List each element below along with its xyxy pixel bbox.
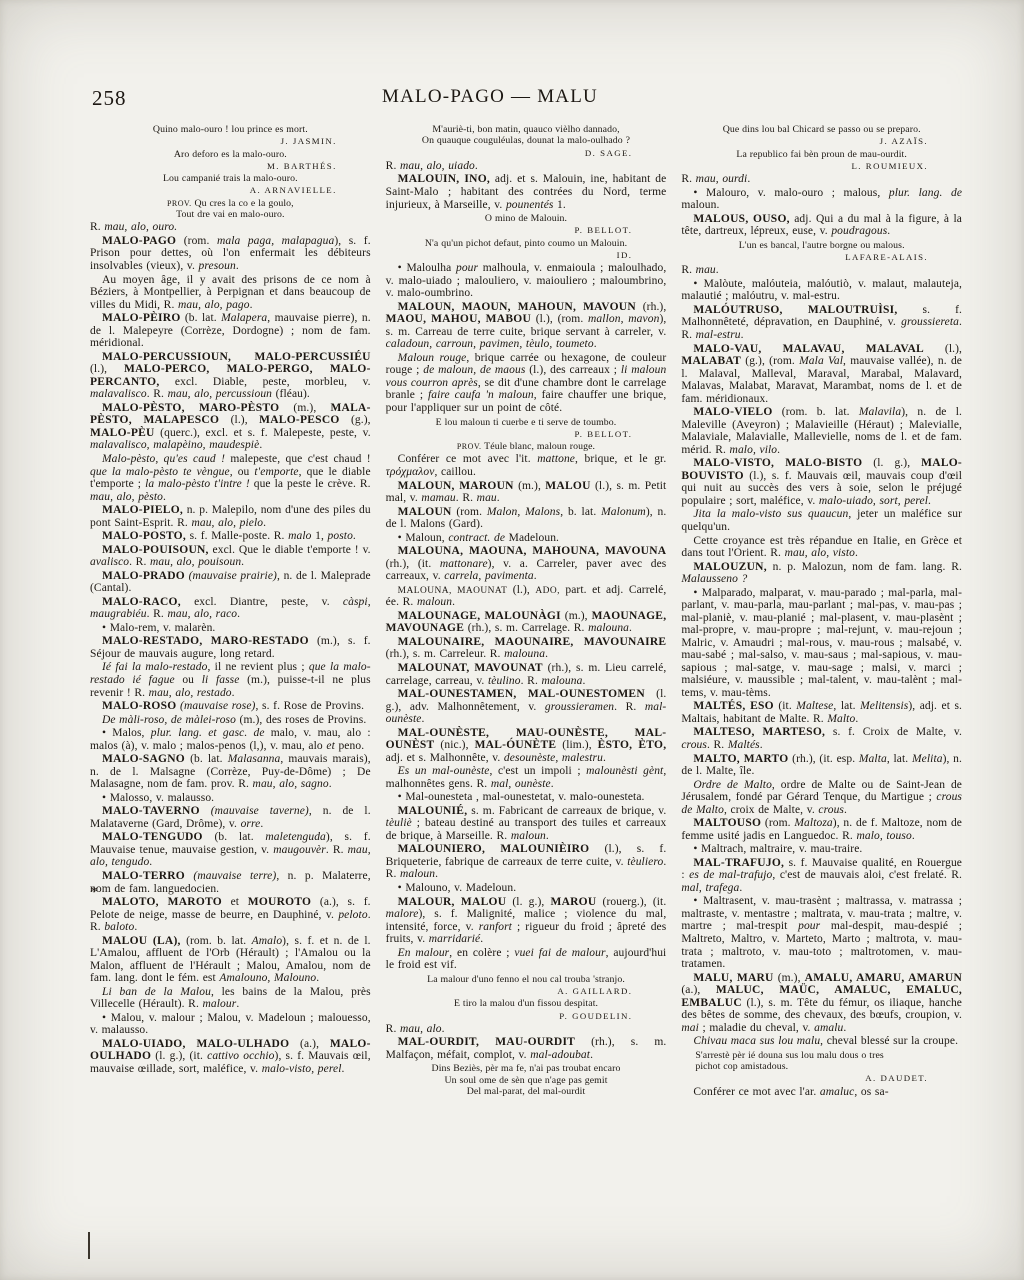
dictionary-entry: Jita la malo-visto sus quaucun, jeter un… [681, 508, 962, 533]
attribution: P. BELLOT. [386, 225, 667, 235]
attribution: A. ARNAVIELLE. [90, 185, 371, 195]
dictionary-entry: MALOU (LA), (rom. b. lat. Amalo), s. f. … [90, 935, 371, 985]
text-columns: Quino malo-ouro ! lou prince es mort.J. … [0, 118, 1024, 1099]
dictionary-entry: MALO-PAGO (rom. mala paga, malapagua), s… [90, 235, 371, 273]
dictionary-entry: MALTESO, MARTESO, s. f. Croix de Malte, … [681, 726, 962, 751]
dictionary-entry: MALO-PERCUSSIOUN, MALO-PERCUSSIÉU (l.), … [90, 351, 371, 401]
dictionary-entry: De màli-roso, de màlei-roso (m.), des ro… [90, 714, 371, 727]
verse-quote: La republico fai bèn proun de mau-ourdit… [681, 149, 962, 172]
dictionary-entry: MALOUN, MAOUN, MAHOUN, MAVOUN (rh.), MAO… [386, 301, 667, 351]
paragraph: R. mau. [681, 264, 962, 277]
dictionary-entry: Ié fai la malo-restado, il ne revient pl… [90, 661, 371, 699]
verse-quote: E lou maloun ti cuerbe e ti serve de tou… [386, 417, 667, 440]
dictionary-entry: MALO-RESTADO, MARO-RESTADO (m.), s. f. S… [90, 635, 371, 660]
dictionary-entry: MALO-RACO, excl. Diantre, peste, v. càsp… [90, 596, 371, 621]
dictionary-entry: MALÓUTRUSO, MALOUTRUÌSI, s. f. Malhonnêt… [681, 304, 962, 342]
dictionary-entry: MALOUR, MALOU (l. g.), MAROU (rouerg.), … [386, 896, 667, 946]
verse-line: PROV. Téule blanc, maloun rouge. [386, 441, 667, 452]
dictionary-entry: • Malparado, malparat, v. mau-parado ; m… [681, 587, 962, 700]
verse-line: Quino malo-ouro ! lou prince es mort. [90, 124, 371, 135]
attribution: ID. [386, 250, 667, 260]
verse-line: On quauque couguléulas, dounat la malo-o… [386, 135, 667, 146]
dictionary-entry: MALO-TAVERNO (mauvaise taverne), n. de l… [90, 805, 371, 830]
dictionary-entry: MALU, MARU (m.), AMALU, AMARU, AMARUN (a… [681, 972, 962, 1035]
verse-quote: S'arrestè pèr ié douna sus lou malu dous… [681, 1050, 962, 1084]
dictionary-entry: MALO-ROSO (mauvaise rose), s. f. Rose de… [90, 700, 371, 713]
dictionary-entry: MAL-OUNESTAMEN, MAL-OUNESTOMEN (l. g.), … [386, 688, 667, 726]
verse-line: N'a qu'un pichot defaut, pinto coumo un … [386, 238, 667, 249]
attribution: A. GAILLARD. [386, 986, 667, 996]
dictionary-entry: Conférer ce mot avec l'ar. amaluc, os sa… [681, 1086, 962, 1099]
dictionary-entry: MALOUS, OUSO, adj. Qui a du mal à la fig… [681, 213, 962, 238]
dictionary-entry: Maloun rouge, brique carrée ou hexagone,… [386, 352, 667, 415]
dictionary-entry: MALO-PÈSTO, MARO-PÈSTO (m.), MALA-PÈSTO,… [90, 402, 371, 452]
verse-quote: E tiro la malou d'un fissou despitat.P. … [386, 998, 667, 1021]
dictionary-entry: Es un mal-ounèste, c'est un impoli ; mal… [386, 765, 667, 790]
dictionary-entry: • Mal-ounesteta , mal-ounestetat, v. mal… [386, 791, 667, 804]
verse-line: PROV. Qu cres la co e la goulo, [90, 198, 371, 209]
column-left: Quino malo-ouro ! lou prince es mort.J. … [90, 122, 371, 1076]
verse-line: pichot cop amistadous. [695, 1061, 962, 1072]
verse-line: Aro deforo es la malo-ouro. [90, 149, 371, 160]
dictionary-entry: MALOUNA, MAOUNA, MAHOUNA, MAVOUNA (rh.),… [386, 545, 667, 583]
dictionary-entry: • Malouro, v. malo-ouro ; malous, plur. … [681, 187, 962, 212]
dictionary-entry: MALOUNAIRE, MAOUNAIRE, MAVOUNAIRE (rh.),… [386, 636, 667, 661]
verse-quote: La malour d'uno fenno el nou cal trouba … [386, 974, 667, 997]
dictionary-entry: MALO-VISTO, MALO-BISTO (l. g.), MALO-BOU… [681, 457, 962, 507]
dictionary-entry: MALO-SAGNO (b. lat. Malasanna, mauvais m… [90, 753, 371, 791]
dictionary-entry: Ordre de Malto, ordre de Malte ou de Sai… [681, 779, 962, 817]
dictionary-entry: • Maltrasent, v. mau-trasènt ; maltrassa… [681, 895, 962, 970]
verse-quote: Aro deforo es la malo-ouro.M. BARTHÉS. [90, 149, 371, 172]
dictionary-entry: MALOUNAT, MAVOUNAT (rh.), s. m. Lieu car… [386, 662, 667, 687]
verse-quote: PROV. Qu cres la co e la goulo,Tout dre … [90, 198, 371, 221]
verse-line: Lou campanié trais la malo-ouro. [90, 173, 371, 184]
verse-line: La republico fai bèn proun de mau-ourdit… [681, 149, 962, 160]
dictionary-entry: Li ban de la Malou, les bains de la Malo… [90, 986, 371, 1011]
dictionary-entry: MALOUZUN, n. p. Malozun, nom de fam. lan… [681, 561, 962, 586]
verse-quote: Que dins lou bal Chicard se passo ou se … [681, 124, 962, 147]
dictionary-entry: MAL-TRAFUJO, s. f. Mauvaise qualité, en … [681, 857, 962, 895]
dictionary-entry: Cette croyance est très répandue en Ital… [681, 535, 962, 560]
attribution: P. BELLOT. [386, 429, 667, 439]
verse-quote: Quino malo-ouro ! lou prince es mort.J. … [90, 124, 371, 147]
dictionary-entry: En malour, en colère ; vuei fai de malou… [386, 947, 667, 972]
scanned-dictionary-page-body: { "page": { "number": "258", "running_he… [0, 0, 1024, 1280]
verse-line: M'auriè-ti, bon matin, quauco vièlho dan… [386, 124, 667, 135]
verse-line: Que dins lou bal Chicard se passo ou se … [681, 124, 962, 135]
verse-quote: Lou campanié trais la malo-ouro.A. ARNAV… [90, 173, 371, 196]
dictionary-entry: MALO-POUISOUN, excl. Que le diable t'emp… [90, 544, 371, 569]
attribution: D. SAGE. [386, 148, 667, 158]
dictionary-entry: • Maloulha pour malhoula, v. enmaioula ;… [386, 262, 667, 300]
dictionary-entry: • Malouno, v. Madeloun. [386, 882, 667, 895]
dictionary-entry: MALOUN (rom. Malon, Malons, b. lat. Malo… [386, 506, 667, 531]
dictionary-entry: MALOUNIERO, MALOUNIÈIRO (l.), s. f. Briq… [386, 843, 667, 881]
dictionary-entry: MALOUNIÉ, s. m. Fabricant de carreaux de… [386, 805, 667, 843]
dictionary-entry: MALO-TENGUDO (b. lat. maletenguda), s. f… [90, 831, 371, 869]
dictionary-entry: • Malo-rem, v. malarèn. [90, 622, 371, 635]
verse-quote: N'a qu'un pichot defaut, pinto coumo un … [386, 238, 667, 261]
verse-line: S'arrestè pèr ié douna sus lou malu dous… [695, 1050, 962, 1061]
column-right: Que dins lou bal Chicard se passo ou se … [681, 122, 962, 1099]
dictionary-entry: MALO-VIELO (rom. b. lat. Malavila), n. d… [681, 406, 962, 456]
verse-line: O mino de Malouin. [386, 213, 667, 224]
dictionary-entry: • Malos, plur. lang. et gasc. de malo, v… [90, 727, 371, 752]
paragraph: R. mau, ourdi. [681, 173, 962, 186]
dictionary-entry: MALO-POSTO, s. f. Malle-poste. R. malo 1… [90, 530, 371, 543]
verse-line: L'un es bancal, l'autre borgne ou malous… [681, 240, 962, 251]
dictionary-entry: MALTO, MARTO (rh.), (it. esp. Malta, lat… [681, 753, 962, 778]
dictionary-entry: • Maltrach, maltraire, v. mau-traire. [681, 843, 962, 856]
attribution: J. JASMIN. [90, 136, 371, 146]
attribution: A. DAUDET. [695, 1073, 962, 1083]
dictionary-entry: MALO-PÈIRO (b. lat. Malapera, mauvaise p… [90, 312, 371, 350]
dictionary-entry: • Malòute, malóuteia, malóutiò, v. malau… [681, 278, 962, 303]
attribution: L. ROUMIEUX. [681, 161, 962, 171]
dictionary-entry: MALO-PRADO (mauvaise prairie), n. de l. … [90, 570, 371, 595]
dictionary-entry: • Maloun, contract. de Madeloun. [386, 532, 667, 545]
verse-line: Del mal-parat, del mal-ourdit [386, 1086, 667, 1097]
verse-quote: M'auriè-ti, bon matin, quauco vièlho dan… [386, 124, 667, 158]
paragraph: R. mau, alo. [386, 1023, 667, 1036]
dictionary-entry: MALOUIN, INO, adj. et s. Malouin, ine, h… [386, 173, 667, 211]
verse-quote: Dins Beziès, pèr ma fe, n'ai pas troubat… [386, 1063, 667, 1097]
page-header: 258 MALO-PAGO — MALU [0, 0, 1024, 118]
dictionary-entry: • Malosso, v. malausso. [90, 792, 371, 805]
dictionary-entry: Au moyen âge, il y avait des prisons de … [90, 274, 371, 312]
dictionary-entry: MALOTO, MAROTO et MOUROTO (a.), s. f. Pe… [90, 896, 371, 934]
dictionary-entry: • Malou, v. malour ; Malou, v. Madeloun … [90, 1012, 371, 1037]
verse-line: Dins Beziès, pèr ma fe, n'ai pas troubat… [386, 1063, 667, 1074]
verse-line: Un soul ome de sèn que n'age pas gemit [386, 1075, 667, 1086]
scan-artifact-mark [88, 1232, 90, 1259]
verse-line: E tiro la malou d'un fissou despitat. [386, 998, 667, 1009]
dictionary-entry: MALOUN, MAROUN (m.), MALOU (l.), s. m. P… [386, 480, 667, 505]
verse-line: Tout dre vai en malo-ouro. [90, 209, 371, 220]
paragraph: R. mau, alo, ouro. [90, 221, 371, 234]
verse-quote: PROV. Téule blanc, maloun rouge. [386, 441, 667, 452]
dictionary-entry: MALTOUSO (rom. Maltoza), n. de f. Maltoz… [681, 817, 962, 842]
paragraph: R. mau, alo, uiado. [386, 160, 667, 173]
verse-quote: L'un es bancal, l'autre borgne ou malous… [681, 240, 962, 263]
dictionary-entry: MALOUNA, MAOUNAT (l.), ADO, part. et adj… [386, 584, 667, 609]
running-head: MALO-PAGO — MALU [0, 86, 980, 108]
verse-quote: O mino de Malouin.P. BELLOT. [386, 213, 667, 236]
column-middle: M'auriè-ti, bon matin, quauco vièlho dan… [386, 122, 667, 1099]
dictionary-entry: Malo-pèsto, qu'es caud ! malepeste, que … [90, 453, 371, 503]
dictionary-entry: MALTÉS, ESO (it. Maltese, lat. Melitensi… [681, 700, 962, 725]
dictionary-entry: MALOUNAGE, MALOUNÀGI (m.), MAOUNAGE, MAV… [386, 610, 667, 635]
attribution: LAFARE-ALAIS. [681, 252, 962, 262]
dictionary-entry: MAL-OURDIT, MAU-OURDIT (rh.), s. m. Malf… [386, 1036, 667, 1061]
attribution: P. GOUDELIN. [386, 1011, 667, 1021]
dictionary-entry: MALO-VAU, MALAVAU, MALAVAL (l.), MALABAT… [681, 343, 962, 406]
dictionary-entry: Conférer ce mot avec l'it. mattone, briq… [386, 453, 667, 478]
dictionary-entry: MALO-PIELO, n. p. Malepilo, nom d'une de… [90, 504, 371, 529]
attribution: J. AZAÏS. [681, 136, 962, 146]
verse-line: E lou maloun ti cuerbe e ti serve de tou… [386, 417, 667, 428]
attribution: M. BARTHÉS. [90, 161, 371, 171]
dictionary-entry: MAL-OUNÈSTE, MAU-OUNÈSTE, MAL-OUNÈST (ni… [386, 727, 667, 765]
margin-asterisk-mark: * [90, 884, 98, 902]
verse-line: La malour d'uno fenno el nou cal trouba … [386, 974, 667, 985]
dictionary-page: 258 MALO-PAGO — MALU Quino malo-ouro ! l… [0, 0, 1024, 1280]
dictionary-entry: MALO-UIADO, MALO-ULHADO (a.), MALO-OULHA… [90, 1038, 371, 1076]
dictionary-entry: MALO-TERRO (mauvaise terre), n. p. Malat… [90, 870, 371, 895]
dictionary-entry: Chivau maca sus lou malu, cheval blessé … [681, 1035, 962, 1048]
